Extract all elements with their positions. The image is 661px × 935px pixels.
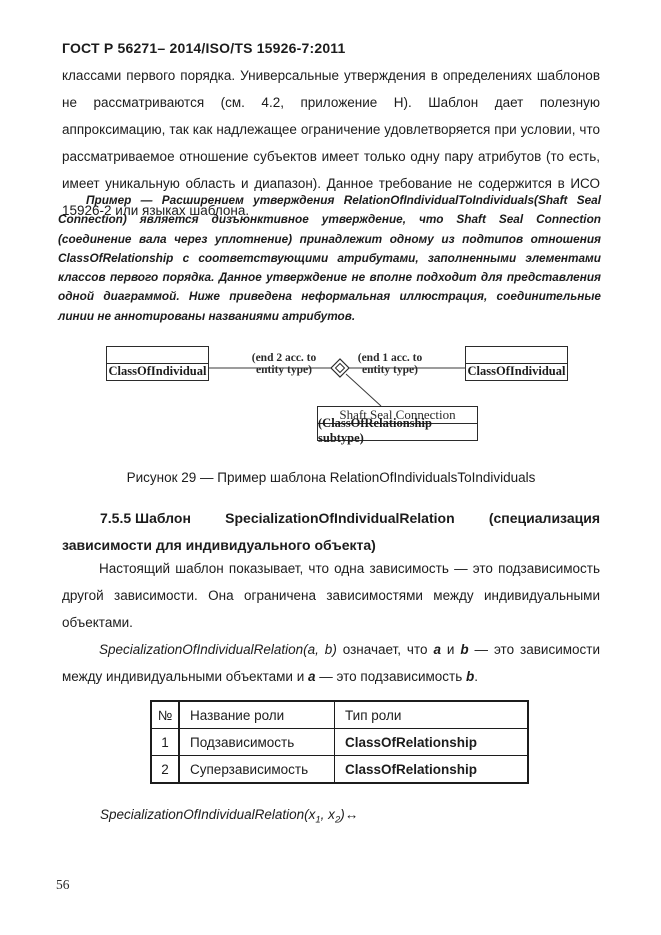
class-of-individual-box-left: ClassOfIndividual	[106, 346, 209, 381]
empty-compartment	[107, 347, 208, 364]
section-heading: 7.5.5 Шаблон SpecializationOfIndividualR…	[62, 505, 600, 559]
roles-table: № Название роли Тип роли 1 Подзависимост…	[150, 700, 529, 784]
formula: SpecializationOfIndividualRelation(x1, x…	[100, 807, 358, 826]
table-row: 2 Суперзависимость ClassOfRelationship	[151, 756, 528, 784]
cell-role-name: Подзависимость	[179, 729, 335, 756]
cell-role-type: ClassOfRelationship	[335, 729, 529, 756]
figure-caption: Рисунок 29 — Пример шаблона RelationOfIn…	[62, 470, 600, 485]
paragraph-description: Настоящий шаблон показывает, что одна за…	[62, 555, 600, 636]
cell-number: 1	[151, 729, 179, 756]
end2-association-label: (end 2 acc. to entity type)	[229, 353, 339, 376]
page-number: 56	[56, 877, 70, 893]
empty-compartment	[466, 347, 567, 364]
section-heading-line1: 7.5.5 Шаблон SpecializationOfIndividualR…	[62, 505, 600, 532]
class-box-label: ClassOfIndividual	[107, 364, 208, 379]
header-cell-number: №	[151, 701, 179, 729]
document-page: { "page": { "header": "ГОСТ Р 56271– 201…	[0, 0, 661, 935]
cell-number: 2	[151, 756, 179, 784]
section-body: Настоящий шаблон показывает, что одна за…	[62, 555, 600, 690]
paragraph-definition: SpecializationOfIndividualRelation(a, b)…	[62, 636, 600, 690]
shaft-seal-connection-box: Shaft Seal Connection (ClassOfRelationsh…	[317, 406, 478, 441]
document-header: ГОСТ Р 56271– 2014/ISO/TS 15926-7:2011	[62, 40, 346, 56]
figure-29-diagram: ClassOfIndividual ClassOfIndividual (end…	[0, 338, 661, 450]
end1-association-label: (end 1 acc. to entity type)	[335, 353, 445, 376]
header-cell-role-name: Название роли	[179, 701, 335, 729]
cell-role-type: ClassOfRelationship	[335, 756, 529, 784]
example-note: Пример — Расширением утверждения Relatio…	[58, 191, 601, 326]
cell-role-name: Суперзависимость	[179, 756, 335, 784]
ssc-subtitle: (ClassOfRelationship subtype)	[318, 424, 477, 438]
table-row: 1 Подзависимость ClassOfRelationship	[151, 729, 528, 756]
table-header-row: № Название роли Тип роли	[151, 701, 528, 729]
header-cell-role-type: Тип роли	[335, 701, 529, 729]
class-of-individual-box-right: ClassOfIndividual	[465, 346, 568, 381]
class-box-label: ClassOfIndividual	[466, 364, 567, 379]
